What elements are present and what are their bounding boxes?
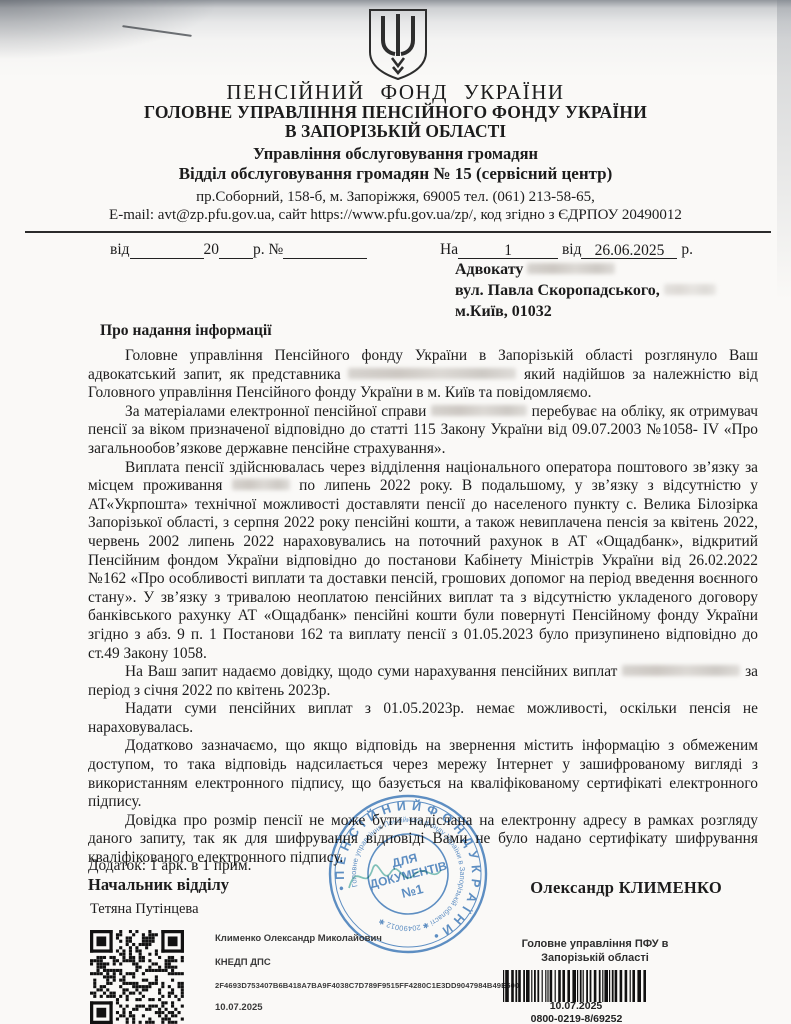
esign-cert-hash: 2F4693D753407B6B418A7BA9F4038C7D789F9515…	[215, 981, 505, 990]
addressee-line2: вул. Павла Скоропадського,	[455, 280, 716, 301]
ref-r-label: р.	[681, 241, 693, 259]
scanned-letter-page: ПЕНСІЙНИЙ ФОНД УКРАЇНИ ГОЛОВНЕ УПРАВЛІНН…	[0, 0, 791, 1024]
letterhead-divider	[25, 231, 771, 233]
org-contacts: E-mail: avt@zp.pfu.gov.ua, сайт https://…	[0, 207, 791, 224]
incoming-reference: На1 від26.06.2025 р.	[440, 241, 693, 259]
footer-barcode-date: 10.07.2025	[503, 1000, 649, 1012]
org-main-dept: ГОЛОВНЕ УПРАВЛІННЯ ПЕНСІЙНОГО ФОНДУ УКРА…	[0, 102, 791, 123]
esign-date: 10.07.2025	[215, 1002, 505, 1013]
qr-code	[90, 930, 184, 1024]
attachment-note: Додаток: 1 арк. в 1 прим.	[88, 857, 252, 875]
paragraph-4: На Ваш запит надаємо довідку, щодо суми …	[88, 663, 758, 700]
executor-name: Тетяна Путінцева	[90, 901, 199, 918]
subject-line: Про надання інформації	[100, 322, 272, 340]
addressee-role: Адвокату	[455, 261, 523, 278]
paragraph-5: Надати суми пенсійних виплат з 01.05.202…	[88, 700, 758, 737]
esign-signer-name: Клименко Олександр Миколайович	[215, 933, 505, 944]
ukraine-trident-emblem-icon	[365, 8, 431, 80]
registration-barcode	[503, 970, 649, 1002]
org-oblast: В ЗАПОРІЗЬКІЙ ОБЛАСТІ	[0, 121, 791, 142]
ref-vid2-label: від	[562, 241, 582, 259]
ref-blank-number	[283, 242, 367, 259]
redacted-text	[527, 263, 615, 274]
paragraph-3: Виплата пенсії здійснювалась через відді…	[88, 459, 758, 664]
ref-blank-year	[219, 242, 253, 259]
org-address: пр.Соборний, 158-б, м. Запоріжжя, 69005 …	[0, 189, 791, 206]
scan-scratch-artifact	[122, 25, 192, 37]
ref-vid-label: від	[110, 241, 130, 259]
esign-provider: КНЕДП ДПС	[215, 957, 505, 968]
footer-org-line2: Запорізькій області	[500, 951, 690, 965]
paragraph-2: За матеріалами електронної пенсійної спр…	[88, 403, 758, 459]
addressee-street: вул. Павла Скоропадського,	[455, 282, 660, 299]
ref-na-value: 1	[458, 242, 558, 259]
ref-na-label: На	[440, 241, 458, 259]
footer-org-line1: Головне управління ПФУ в	[500, 937, 690, 951]
ref-rno-label: р. №	[253, 241, 283, 259]
org-upravlinnia: Управління обслуговування громадян	[0, 144, 791, 164]
scan-shadow-corner	[0, 0, 220, 60]
handwritten-signature	[345, 852, 445, 902]
addressee-line1: Адвокату	[455, 259, 716, 280]
footer-org-block: Головне управління ПФУ в Запорізькій обл…	[500, 937, 690, 965]
addressee-block: Адвокату вул. Павла Скоропадського, м.Ки…	[455, 259, 716, 322]
redacted-text	[232, 479, 290, 490]
ref-blank-date	[130, 242, 204, 259]
redacted-text	[664, 284, 716, 295]
redacted-text	[431, 405, 527, 416]
paragraph-2-text: За матеріалами електронної пенсійної спр…	[125, 403, 426, 420]
redacted-text	[348, 368, 516, 379]
paragraph-4-text: На Ваш запит надаємо довідку, щодо суми …	[125, 663, 617, 680]
esign-block: Клименко Олександр Миколайович КНЕДП ДПС…	[215, 933, 505, 1013]
ref-date-value: 26.06.2025	[581, 242, 677, 259]
org-viddil: Відділ обслуговування громадян № 15 (сер…	[0, 164, 791, 184]
outgoing-number-blanks: від20р. №	[110, 241, 367, 259]
footer-document-number: 0800-0219-8/69252	[494, 1013, 659, 1024]
ref-year-prefix: 20	[204, 241, 220, 259]
paragraph-3-text2: по липень 2022 року. В подальшому, у зв’…	[88, 477, 758, 661]
redacted-text	[622, 665, 740, 676]
addressee-line3: м.Київ, 01032	[455, 301, 716, 322]
paragraph-1: Головне управління Пенсійного фонду Укра…	[88, 347, 758, 403]
signer-position: Начальник відділу	[88, 875, 229, 895]
